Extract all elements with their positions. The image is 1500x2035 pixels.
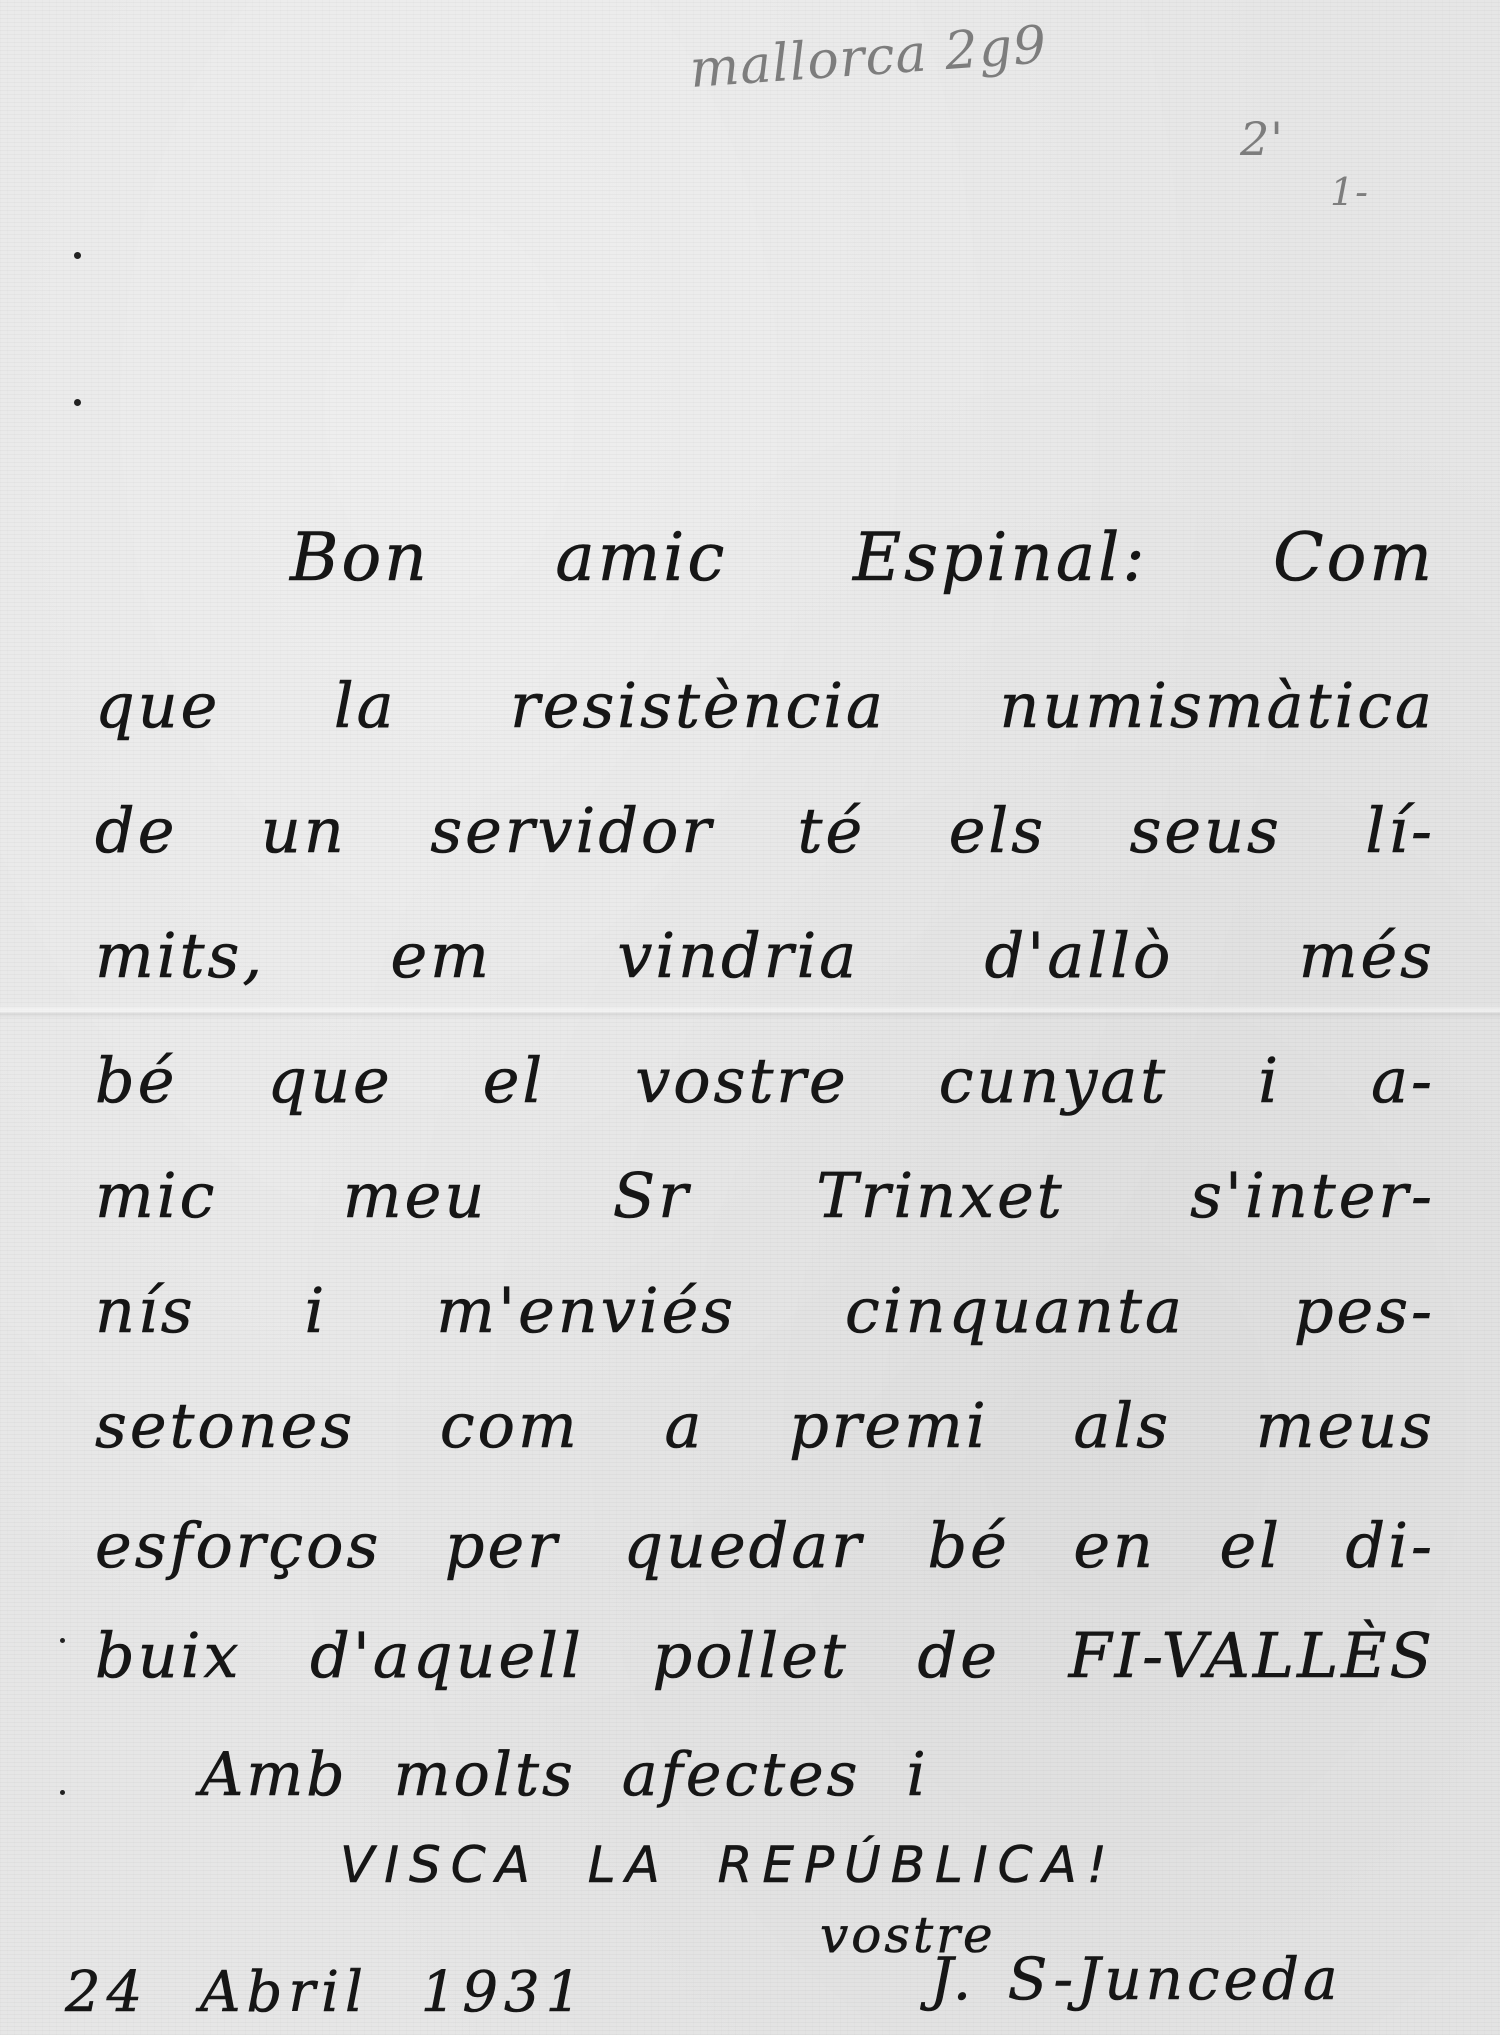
letter-body-line: que la resistència numismàtica — [95, 675, 1435, 737]
closing-exclamation: VISCA LA REPÚBLICA! — [340, 1840, 1117, 1890]
letter-date: 24 Abril 1931 — [65, 1965, 587, 2021]
letter-salutation: Bon amic Espinal: Com — [290, 525, 1435, 591]
paper-crease — [0, 1005, 1500, 1019]
pencil-annotation-page-mark: 2' — [1240, 112, 1284, 166]
ink-dot-mark — [74, 399, 81, 406]
letter-body-line: mits, em vindria d'allò més — [95, 925, 1435, 987]
letter-body-line: esforços per quedar bé en el di- — [95, 1515, 1435, 1577]
ink-dot-mark — [74, 252, 81, 259]
letter-body-line: de un servidor té els seus lí- — [95, 800, 1435, 862]
letter-body-line: buix d'aquell pollet de FI-VALLÈS — [95, 1625, 1435, 1687]
signature: J. S-Junceda — [930, 1950, 1342, 2008]
letter-sheet: mallorca 2g9 2' 1- Bon amic Espinal: Com… — [0, 0, 1500, 2035]
ink-dot-mark — [60, 1638, 65, 1643]
pencil-annotation-place: mallorca 2g9 — [688, 15, 1049, 100]
letter-body-line: setones com a premi als meus — [95, 1395, 1435, 1457]
ink-dot-mark — [60, 1790, 65, 1795]
closing-greeting: Amb molts afectes i — [200, 1745, 929, 1805]
letter-body-line: mic meu Sr Trinxet s'inter- — [95, 1165, 1435, 1227]
pencil-annotation-page-number: 1- — [1330, 170, 1369, 214]
letter-body-line: bé que el vostre cunyat i a- — [95, 1050, 1435, 1112]
letter-body-line: nís i m'enviés cinquanta pes- — [95, 1280, 1435, 1342]
